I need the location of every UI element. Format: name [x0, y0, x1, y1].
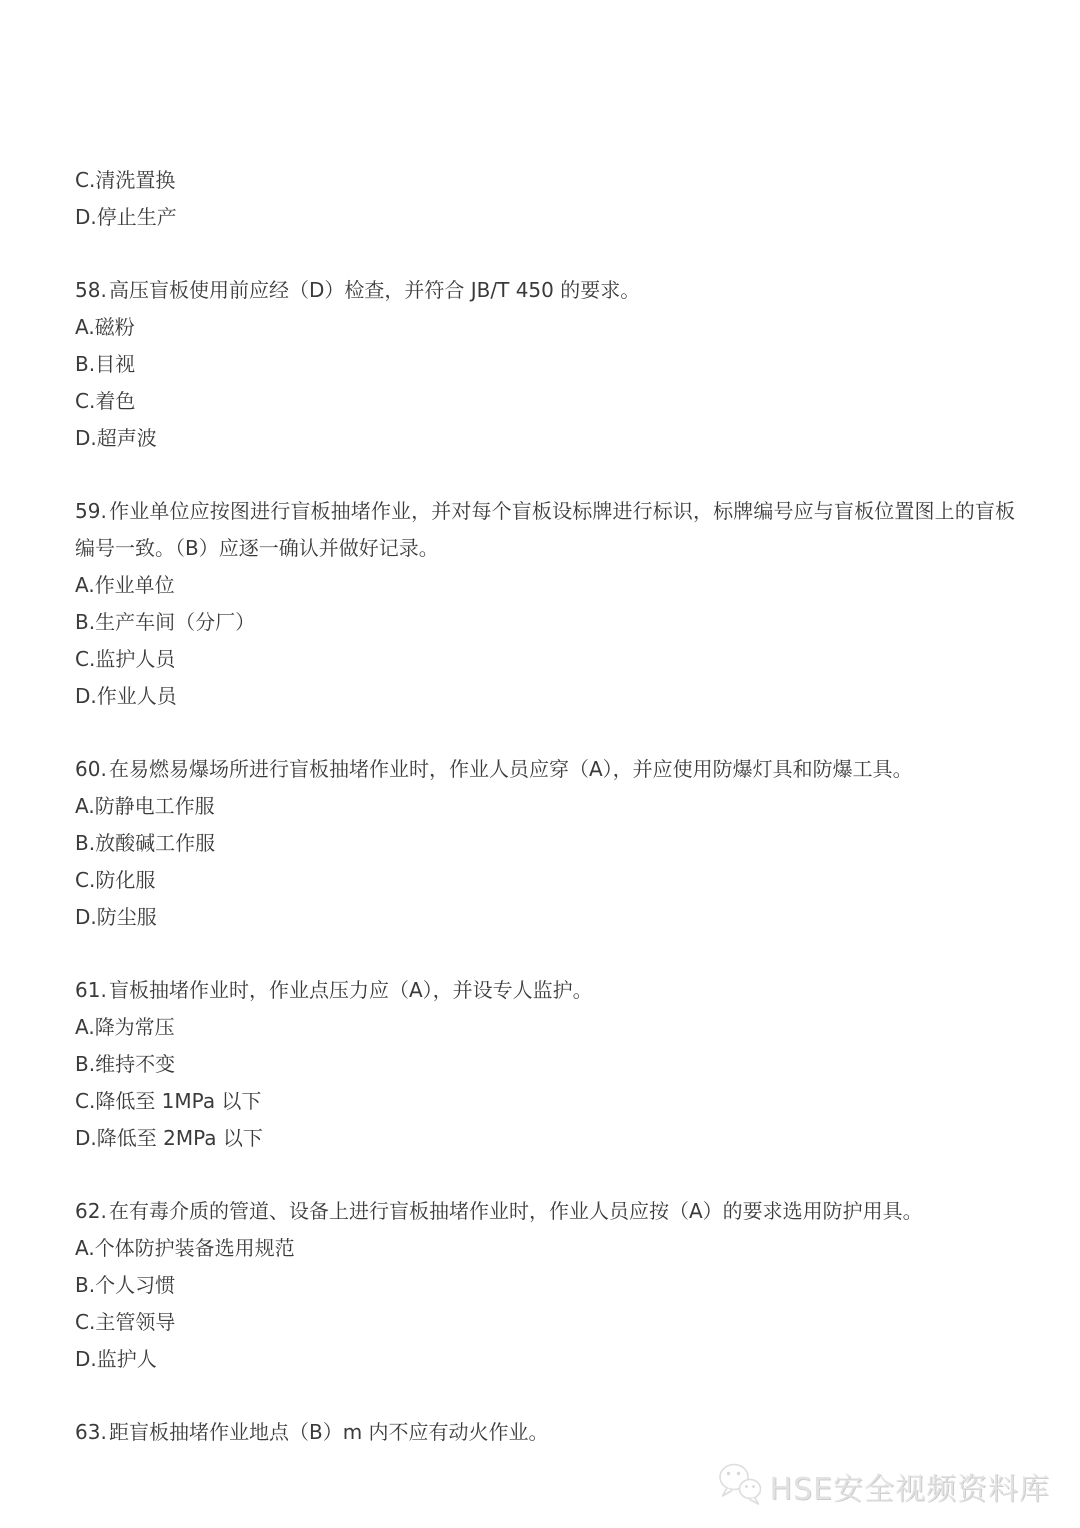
question-61-option-b: B.维持不变	[75, 1046, 1015, 1083]
question-61-option-a: A.降为常压	[75, 1009, 1015, 1046]
question-62-text: 在有毒介质的管道、设备上进行盲板抽堵作业时，作业人员应按（A）的要求选用防护用具…	[109, 1199, 923, 1223]
question-61-text: 盲板抽堵作业时，作业点压力应（A），并设专人监护。	[109, 978, 593, 1002]
question-59-text: 作业单位应按图进行盲板抽堵作业，并对每个盲板设标牌进行标识，标牌编号应与盲板位置…	[75, 499, 1015, 560]
option-57-c: C.清洗置换	[75, 162, 1015, 199]
question-62-option-a: A.个体防护装备选用规范	[75, 1230, 1015, 1267]
question-60-option-c: C.防化服	[75, 862, 1015, 899]
question-61-option-d: D.降低至 2MPa 以下	[75, 1120, 1015, 1157]
question-58-text: 高压盲板使用前应经（D）检查，并符合 JB/T 450 的要求。	[109, 278, 640, 302]
question-63-number: 63.	[75, 1414, 109, 1451]
question-59-option-b: B.生产车间（分厂）	[75, 604, 1015, 641]
question-59-option-c: C.监护人员	[75, 641, 1015, 678]
question-58-option-c: C.着色	[75, 383, 1015, 420]
question-62-option-c: C.主管领导	[75, 1304, 1015, 1341]
question-63-text: 距盲板抽堵作业地点（B）m 内不应有动火作业。	[109, 1420, 549, 1444]
question-60: 60.在易燃易爆场所进行盲板抽堵作业时，作业人员应穿（A），并应使用防爆灯具和防…	[75, 751, 1015, 936]
question-59: 59.作业单位应按图进行盲板抽堵作业，并对每个盲板设标牌进行标识，标牌编号应与盲…	[75, 493, 1015, 715]
question-58: 58.高压盲板使用前应经（D）检查，并符合 JB/T 450 的要求。 A.磁粉…	[75, 272, 1015, 457]
question-60-stem: 60.在易燃易爆场所进行盲板抽堵作业时，作业人员应穿（A），并应使用防爆灯具和防…	[75, 751, 1015, 788]
question-58-option-a: A.磁粉	[75, 309, 1015, 346]
question-60-option-a: A.防静电工作服	[75, 788, 1015, 825]
question-62-option-b: B.个人习惯	[75, 1267, 1015, 1304]
question-61-option-c: C.降低至 1MPa 以下	[75, 1083, 1015, 1120]
question-63-stem: 63.距盲板抽堵作业地点（B）m 内不应有动火作业。	[75, 1414, 1015, 1451]
question-61-stem: 61.盲板抽堵作业时，作业点压力应（A），并设专人监护。	[75, 972, 1015, 1009]
question-60-option-d: D.防尘服	[75, 899, 1015, 936]
question-62-number: 62.	[75, 1193, 109, 1230]
question-59-number: 59.	[75, 493, 109, 530]
question-59-option-d: D.作业人员	[75, 678, 1015, 715]
question-61: 61.盲板抽堵作业时，作业点压力应（A），并设专人监护。 A.降为常压 B.维持…	[75, 972, 1015, 1157]
question-59-option-a: A.作业单位	[75, 567, 1015, 604]
question-58-stem: 58.高压盲板使用前应经（D）检查，并符合 JB/T 450 的要求。	[75, 272, 1015, 309]
question-61-number: 61.	[75, 972, 109, 1009]
document-page: C.清洗置换 D.停止生产 58.高压盲板使用前应经（D）检查，并符合 JB/T…	[0, 0, 1080, 1528]
question-60-number: 60.	[75, 751, 109, 788]
question-list: C.清洗置换 D.停止生产 58.高压盲板使用前应经（D）检查，并符合 JB/T…	[75, 162, 1015, 1451]
wechat-chat-bubbles-icon	[717, 1462, 761, 1510]
question-58-option-b: B.目视	[75, 346, 1015, 383]
question-62-option-d: D.监护人	[75, 1341, 1015, 1378]
watermark-text: HSE安全视频资料库	[769, 1464, 1050, 1508]
question-62-stem: 62.在有毒介质的管道、设备上进行盲板抽堵作业时，作业人员应按（A）的要求选用防…	[75, 1193, 1015, 1230]
question-58-option-d: D.超声波	[75, 420, 1015, 457]
watermark: HSE安全视频资料库	[717, 1462, 1050, 1510]
option-57-d: D.停止生产	[75, 199, 1015, 236]
question-62: 62.在有毒介质的管道、设备上进行盲板抽堵作业时，作业人员应按（A）的要求选用防…	[75, 1193, 1015, 1378]
question-59-stem: 59.作业单位应按图进行盲板抽堵作业，并对每个盲板设标牌进行标识，标牌编号应与盲…	[75, 493, 1015, 567]
question-60-option-b: B.放酸碱工作服	[75, 825, 1015, 862]
question-58-number: 58.	[75, 272, 109, 309]
question-63: 63.距盲板抽堵作业地点（B）m 内不应有动火作业。	[75, 1414, 1015, 1451]
question-60-text: 在易燃易爆场所进行盲板抽堵作业时，作业人员应穿（A），并应使用防爆灯具和防爆工具…	[109, 757, 913, 781]
